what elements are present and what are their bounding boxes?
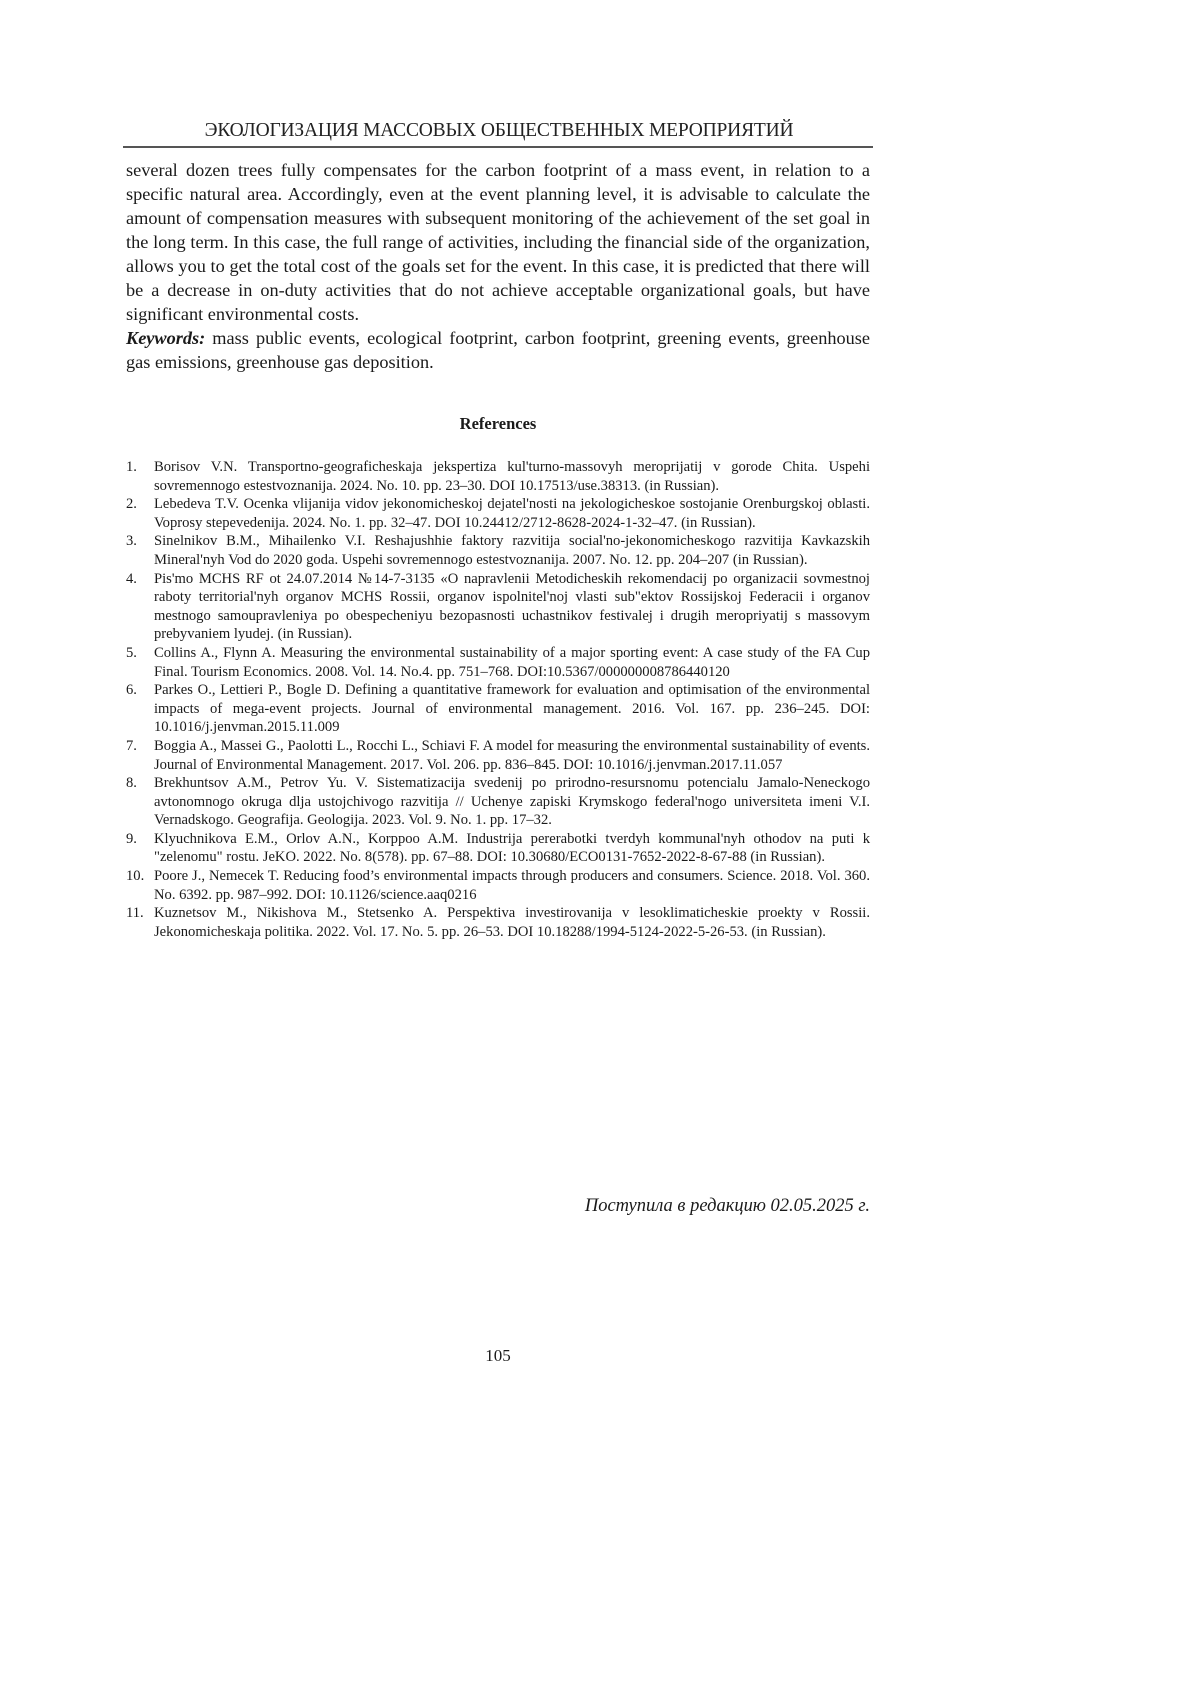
- reference-text: Poore J., Nemecek T. Reducing food’s env…: [154, 868, 870, 903]
- reference-number: 6.: [126, 681, 137, 700]
- reference-text: Brekhuntsov A.M., Petrov Yu. V. Sistemat…: [154, 775, 870, 828]
- reference-item: 8.Brekhuntsov A.M., Petrov Yu. V. Sistem…: [126, 774, 870, 830]
- reference-item: 3.Sinelnikov B.M., Mihailenko V.I. Resha…: [126, 532, 870, 569]
- reference-item: 7.Boggia A., Massei G., Paolotti L., Roc…: [126, 737, 870, 774]
- reference-text: Sinelnikov B.M., Mihailenko V.I. Reshaju…: [154, 533, 870, 568]
- reference-text: Lebedeva T.V. Ocenka vlijanija vidov jek…: [154, 496, 870, 531]
- reference-text: Collins A., Flynn A. Measuring the envir…: [154, 645, 870, 680]
- reference-item: 2.Lebedeva T.V. Ocenka vlijanija vidov j…: [126, 495, 870, 532]
- reference-number: 10.: [126, 867, 144, 886]
- reference-item: 6.Parkes O., Lettieri P., Bogle D. Defin…: [126, 681, 870, 737]
- reference-text: Kuznetsov M., Nikishova M., Stetsenko A.…: [154, 905, 870, 940]
- abstract-section: several dozen trees fully compensates fo…: [126, 158, 870, 374]
- reference-number: 1.: [126, 458, 137, 477]
- references-heading: References: [126, 414, 870, 434]
- references-list: 1.Borisov V.N. Transportno-geografichesk…: [126, 458, 870, 941]
- header-rule: [123, 146, 873, 148]
- reference-text: Boggia A., Massei G., Paolotti L., Rocch…: [154, 738, 870, 773]
- reference-number: 3.: [126, 532, 137, 551]
- reference-number: 4.: [126, 570, 137, 589]
- keywords-text: mass public events, ecological footprint…: [126, 328, 870, 372]
- reference-number: 8.: [126, 774, 137, 793]
- reference-item: 9.Klyuchnikova E.M., Orlov A.N., Korppoo…: [126, 830, 870, 867]
- reference-text: Pis'mo MCHS RF ot 24.07.2014 №14-7-3135 …: [154, 571, 870, 643]
- received-date-note: Поступила в редакцию 02.05.2025 г.: [126, 1196, 870, 1217]
- reference-item: 1.Borisov V.N. Transportno-geografichesk…: [126, 458, 870, 495]
- reference-item: 10.Poore J., Nemecek T. Reducing food’s …: [126, 867, 870, 904]
- reference-item: 11.Kuznetsov M., Nikishova M., Stetsenko…: [126, 904, 870, 941]
- reference-text: Borisov V.N. Transportno-geograficheskaj…: [154, 459, 870, 494]
- page-number: 105: [126, 1346, 870, 1366]
- reference-number: 7.: [126, 737, 137, 756]
- reference-text: Klyuchnikova E.M., Orlov A.N., Korppoo A…: [154, 831, 870, 866]
- reference-number: 11.: [126, 904, 144, 923]
- reference-item: 4.Pis'mo MCHS RF ot 24.07.2014 №14-7-313…: [126, 570, 870, 644]
- running-head: ЭКОЛОГИЗАЦИЯ МАССОВЫХ ОБЩЕСТВЕННЫХ МЕРОП…: [126, 120, 872, 142]
- keywords-paragraph: Keywords: mass public events, ecological…: [126, 326, 870, 374]
- reference-number: 9.: [126, 830, 137, 849]
- reference-text: Parkes O., Lettieri P., Bogle D. Definin…: [154, 682, 870, 735]
- reference-number: 5.: [126, 644, 137, 663]
- keywords-label: Keywords:: [126, 328, 205, 348]
- abstract-text: several dozen trees fully compensates fo…: [126, 158, 870, 326]
- reference-item: 5.Collins A., Flynn A. Measuring the env…: [126, 644, 870, 681]
- reference-number: 2.: [126, 495, 137, 514]
